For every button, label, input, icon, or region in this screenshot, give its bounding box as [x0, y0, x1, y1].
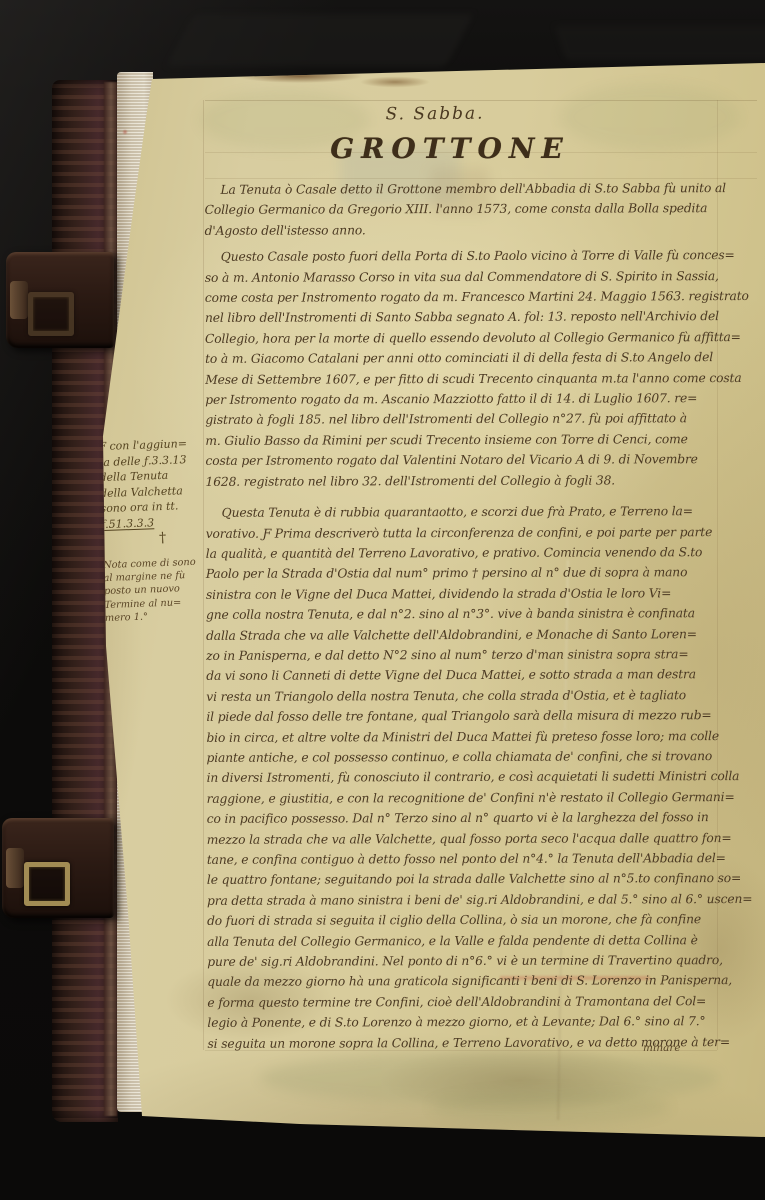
- margin-note-termine: Nota come di sonoal margine ne fùposto u…: [103, 555, 223, 625]
- text-line: vorativo. Ƒ Prima descriverò tutta la ci…: [206, 522, 722, 544]
- paragraph: Questa Tenuta è di rubbia quarantaotto, …: [206, 501, 724, 1054]
- text-line: il piede dal fosso delle tre fontane, qu…: [206, 705, 722, 727]
- text-line: nel libro dell'Instromenti di Santo Sabb…: [205, 307, 721, 329]
- text-line: co in pacifico possesso. Dal n° Terzo si…: [207, 807, 723, 829]
- text-line: legio à Ponente, e di S.to Lorenzo à mez…: [207, 1011, 723, 1033]
- text-line: 1628. registrato nel libro 32. dell'Istr…: [205, 470, 721, 492]
- clasp-hook: [10, 281, 28, 319]
- text-line: Paolo per la Strada d'Ostia dal num° pri…: [206, 562, 722, 584]
- text-line: vi resta un Triangolo della nostra Tenut…: [206, 685, 722, 707]
- paragraph: La Tenuta ò Casale detto il Grottone mem…: [204, 178, 720, 241]
- text-line: do fuori di strada si seguita il ciglio …: [207, 909, 723, 931]
- text-line: tane, e confina contiguo à detto fosso n…: [207, 848, 723, 870]
- text-line: raggione, e giustitia, e con la recognit…: [207, 787, 723, 809]
- text-line: bio in circa, et altre volte da Ministri…: [206, 726, 722, 748]
- text-line: piante antiche, e col possesso continuo,…: [206, 746, 722, 768]
- text-line: Questo Casale posto fuori della Porta di…: [205, 245, 721, 267]
- text-line: m. Giulio Basso da Rimini per scudi Trec…: [205, 429, 721, 451]
- backdrop-reflection: [554, 26, 765, 60]
- show-through-decoration: [430, 1090, 670, 1124]
- text-line: pra detta strada à mano sinistra i beni …: [207, 889, 723, 911]
- page-title: GROTTONE: [205, 132, 695, 165]
- clasp-buckle: [28, 292, 74, 336]
- text-line: zo in Panisperna, e dal detto N°2 sino a…: [206, 644, 722, 666]
- backdrop-reflection: [166, 14, 474, 66]
- paragraph: Questo Casale posto fuori della Porta di…: [205, 245, 722, 492]
- book-clasp-top: [6, 252, 114, 348]
- text-line: dalla Strada che va alle Valchette dell'…: [206, 624, 722, 646]
- margin-note-valchetta: Ƒ con l'aggiun=ta delle ƒ.3.3.13della Te…: [98, 435, 224, 549]
- text-line: in diversi Istromenti, fù conosciuto il …: [207, 766, 723, 788]
- clasp-hook: [6, 848, 24, 888]
- text-line: d'Agosto dell'istesso anno.: [205, 219, 721, 241]
- text-line: to à m. Giacomo Catalani per anni otto c…: [205, 347, 721, 369]
- text-line: Questa Tenuta è di rubbia quarantaotto, …: [206, 501, 722, 523]
- text-line: gne colla nostra Tenuta, e dal n°2. sino…: [206, 603, 722, 625]
- text-line: mezzo la strada che va alle Valchette, q…: [207, 828, 723, 850]
- text-line: per Istromento rogato da m. Ascanio Mazz…: [205, 388, 721, 410]
- text-line: Collegio Germanico da Gregorio XIII. l'a…: [205, 199, 721, 221]
- text-line: costa per Istromento rogato dal Valentin…: [205, 449, 721, 471]
- text-line: so à m. Antonio Marasso Corso in vita su…: [205, 266, 721, 288]
- text-line: le quattro fontane; seguitando poi la st…: [207, 869, 723, 891]
- text-line: la qualità, e quantità del Terreno Lavor…: [206, 542, 722, 564]
- book-clasp-bottom: [2, 818, 114, 918]
- text-line: Mese di Settembre 1607, e per fitto di s…: [205, 368, 721, 390]
- photograph: S. Sabba. GROTTONE La Tenuta ò Casale de…: [0, 0, 765, 1200]
- text-line: Collegio, hora per la morte di quello es…: [205, 327, 721, 349]
- catchword: minare: [643, 1042, 681, 1054]
- text-line: alla Tenuta del Collegio Germanico, e la…: [207, 930, 723, 952]
- text-line: sinistra con le Vigne del Duca Mattei, d…: [206, 583, 722, 605]
- text-line: come costa per Instromento rogato da m. …: [205, 286, 721, 308]
- page-header: S. Sabba.: [205, 102, 665, 126]
- text-line: gistrato à fogli 185. nel libro dell'Ist…: [205, 409, 721, 431]
- text-line: e forma questo termine tre Confini, cioè…: [207, 991, 723, 1013]
- text-block: La Tenuta ò Casale detto il Grottone mem…: [204, 178, 723, 1054]
- ruled-line: [205, 100, 757, 101]
- text-line: da vi sono li Canneti di dette Vigne del…: [206, 664, 722, 686]
- text-line: quale da mezzo giorno hà una graticola s…: [207, 971, 723, 993]
- clasp-buckle: [24, 862, 70, 906]
- text-line: pure de' sig.ri Aldobrandini. Nel ponto …: [207, 950, 723, 972]
- text-line: La Tenuta ò Casale detto il Grottone mem…: [204, 178, 720, 200]
